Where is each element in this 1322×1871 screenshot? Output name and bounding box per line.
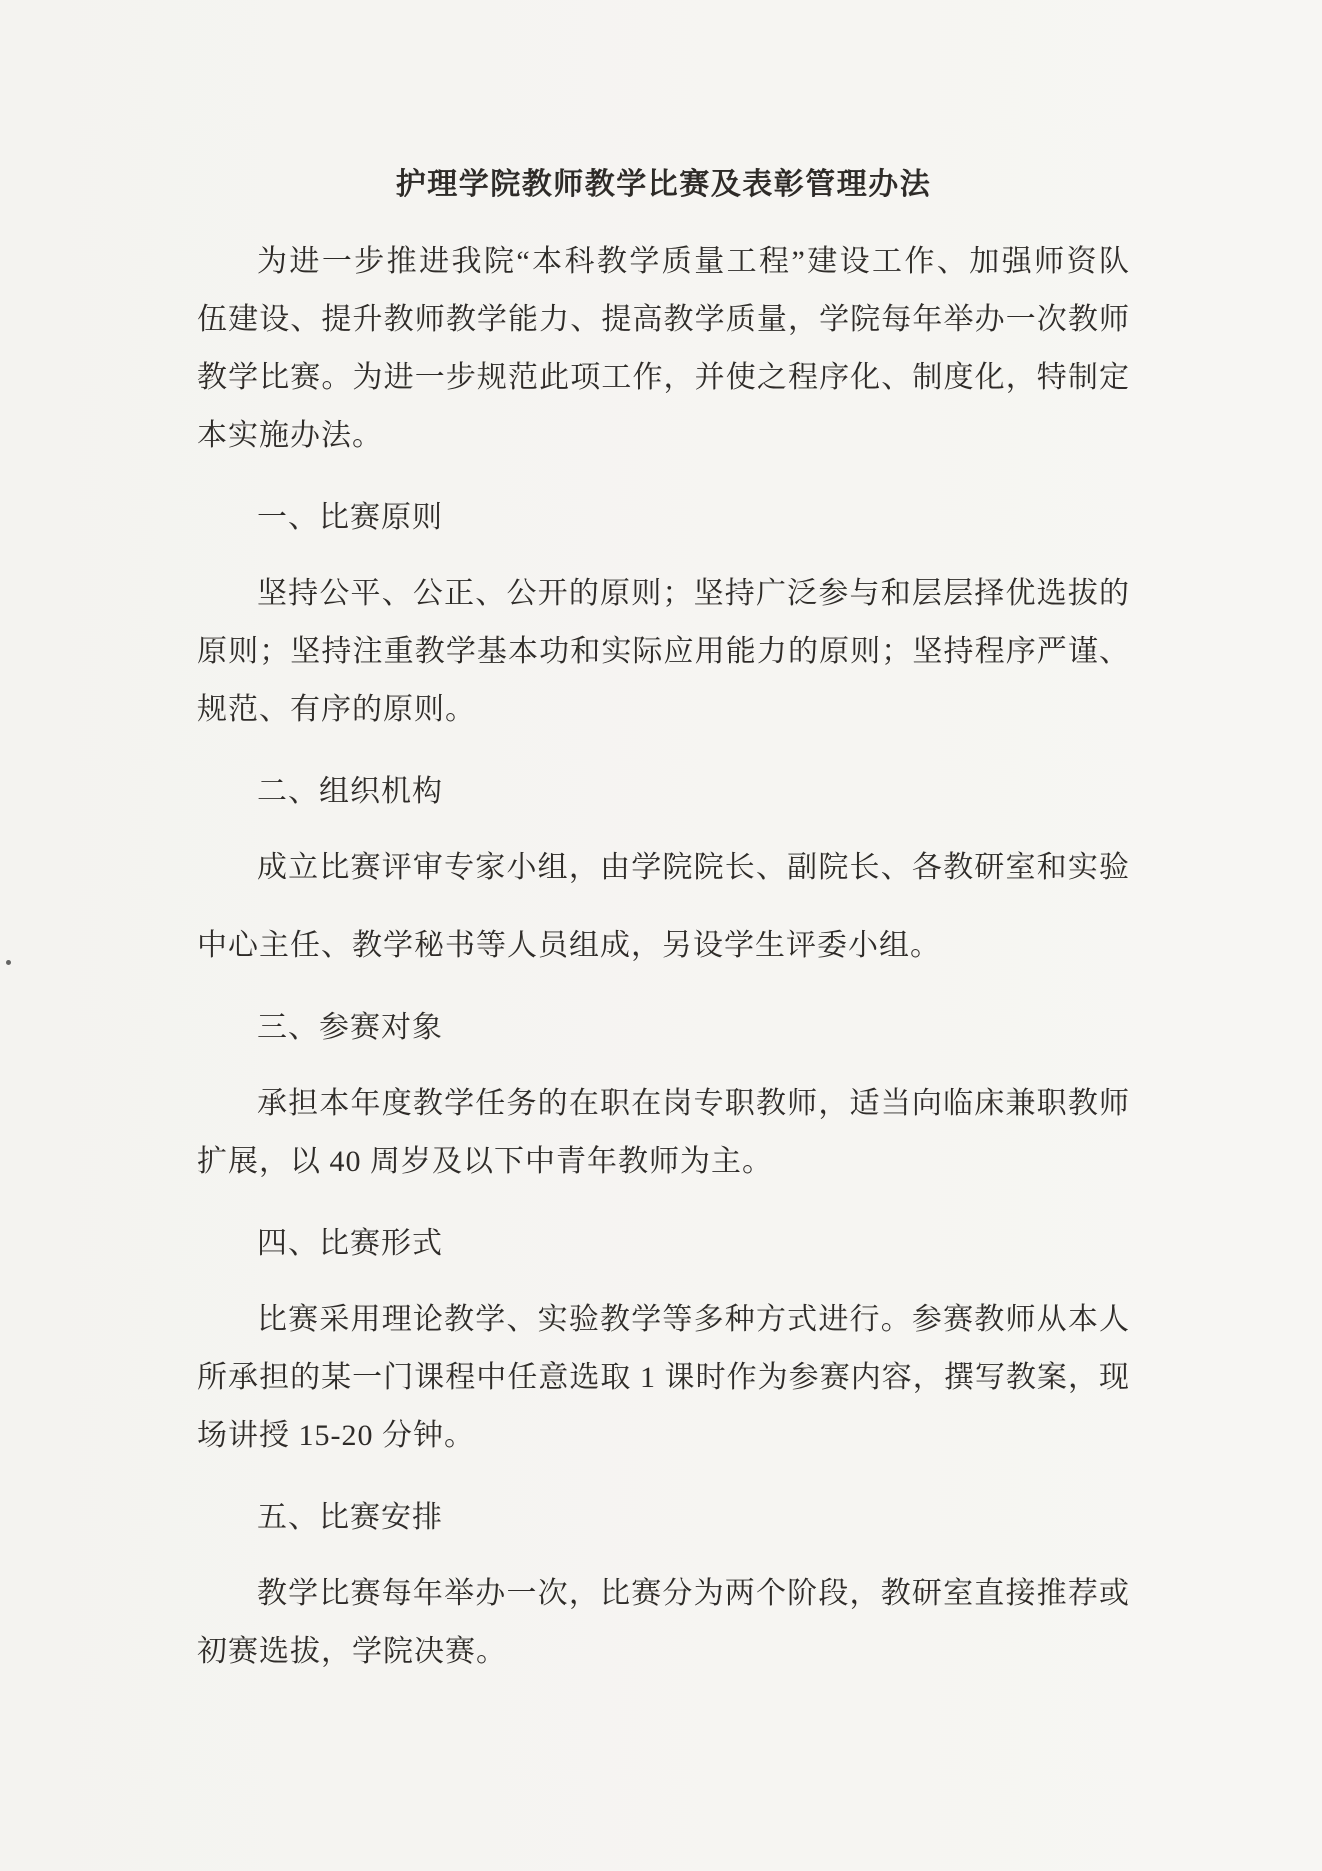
paragraph-participants-line-2: 扩展，以 40 周岁及以下中青年教师为主。 <box>197 1134 1130 1190</box>
paragraph-intro-line-4: 本实施办法。 <box>197 408 1130 464</box>
scan-speck <box>6 960 11 965</box>
paragraph-participants-line-1: 承担本年度教学任务的在职在岗专职教师，适当向临床兼职教师 <box>197 1076 1130 1132</box>
scanned-document-page: 护理学院教师教学比赛及表彰管理办法 为进一步推进我院“本科教学质量工程”建设工作… <box>0 0 1322 1871</box>
paragraph-schedule: 教学比赛每年举办一次，比赛分为两个阶段，教研室直接推荐或 初赛选拔，学院决赛。 <box>197 1566 1130 1680</box>
paragraph-format-line-3: 场讲授 15-20 分钟。 <box>197 1408 1130 1464</box>
paragraph-intro-line-3: 教学比赛。为进一步规范此项工作，并使之程序化、制度化，特制定 <box>197 350 1130 406</box>
paragraph-organization-line-2: 中心主任、教学秘书等人员组成，另设学生评委小组。 <box>197 918 1130 974</box>
paragraph-intro: 为进一步推进我院“本科教学质量工程”建设工作、加强师资队 伍建设、提升教师教学能… <box>197 234 1130 464</box>
section-heading-4: 四、比赛形式 <box>197 1216 1130 1272</box>
document-title: 护理学院教师教学比赛及表彰管理办法 <box>197 157 1130 213</box>
paragraph-intro-line-1: 为进一步推进我院“本科教学质量工程”建设工作、加强师资队 <box>197 234 1130 290</box>
paragraph-schedule-line-1: 教学比赛每年举办一次，比赛分为两个阶段，教研室直接推荐或 <box>197 1566 1130 1622</box>
paragraph-organization-line-1: 成立比赛评审专家小组，由学院院长、副院长、各教研室和实验 <box>197 840 1130 896</box>
paragraph-principles-line-3: 规范、有序的原则。 <box>197 682 1130 738</box>
paragraph-schedule-line-2: 初赛选拔，学院决赛。 <box>197 1624 1130 1680</box>
paragraph-format: 比赛采用理论教学、实验教学等多种方式进行。参赛教师从本人 所承担的某一门课程中任… <box>197 1292 1130 1464</box>
section-heading-2: 二、组织机构 <box>197 764 1130 820</box>
paragraph-principles-line-2: 原则；坚持注重教学基本功和实际应用能力的原则；坚持程序严谨、 <box>197 624 1130 680</box>
paragraph-principles: 坚持公平、公正、公开的原则；坚持广泛参与和层层择优选拔的 原则；坚持注重教学基本… <box>197 566 1130 738</box>
paragraph-principles-line-1: 坚持公平、公正、公开的原则；坚持广泛参与和层层择优选拔的 <box>197 566 1130 622</box>
paragraph-intro-line-2: 伍建设、提升教师教学能力、提高教学质量，学院每年举办一次教师 <box>197 292 1130 348</box>
paragraph-format-line-2: 所承担的某一门课程中任意选取 1 课时作为参赛内容，撰写教案，现 <box>197 1350 1130 1406</box>
paragraph-organization: 成立比赛评审专家小组，由学院院长、副院长、各教研室和实验 中心主任、教学秘书等人… <box>197 840 1130 974</box>
section-heading-5: 五、比赛安排 <box>197 1490 1130 1546</box>
section-heading-3: 三、参赛对象 <box>197 1000 1130 1056</box>
paragraph-format-line-1: 比赛采用理论教学、实验教学等多种方式进行。参赛教师从本人 <box>197 1292 1130 1348</box>
section-heading-1: 一、比赛原则 <box>197 490 1130 546</box>
paragraph-participants: 承担本年度教学任务的在职在岗专职教师，适当向临床兼职教师 扩展，以 40 周岁及… <box>197 1076 1130 1190</box>
